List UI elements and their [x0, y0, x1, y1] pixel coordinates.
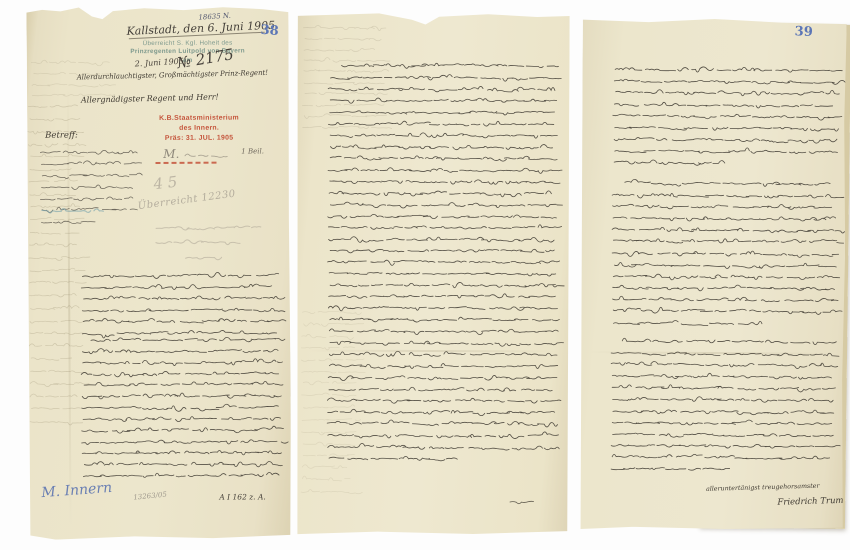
- page-1: 18635 N. Kallstadt, den 6. Juni 1905. 38…: [26, 5, 291, 541]
- red-stamp-underline: [155, 162, 219, 164]
- page-2: [296, 12, 569, 537]
- closing-formula: alleruntertänigst treugehorsamster: [699, 483, 819, 493]
- handwriting-layer-page-1: [26, 5, 291, 541]
- fold-crease: [588, 351, 834, 355]
- signature: Friedrich Trump.: [777, 496, 846, 508]
- page-3: 39 alleruntertänigst treugehorsamster Fr…: [579, 17, 847, 533]
- scanned-letter: 18635 N. Kallstadt, den 6. Juni 1905. 38…: [0, 0, 850, 550]
- margin-label-betreff: Betreff:: [45, 130, 78, 140]
- folio-number-38: 38: [260, 23, 279, 39]
- handwriting-layer-page-2: [296, 12, 569, 537]
- folio-number-39: 39: [794, 24, 813, 40]
- ministry-stamp: K.B.Staatsministerium des Innern. Präs: …: [149, 113, 249, 143]
- stamp-annotation-enclosure: 1 Beil.: [241, 147, 264, 155]
- fold-crease: [307, 350, 557, 353]
- ministry-stamp-line-1: K.B.Staatsministerium: [149, 113, 249, 123]
- salutation-line-2: Allergnädigster Regent und Herr!: [81, 92, 219, 104]
- handwriting-layer-page-3: [579, 17, 847, 533]
- pencil-registry-note: Überreicht 12230: [137, 189, 236, 213]
- pencil-number: 4 5: [153, 173, 179, 194]
- salutation-line-1: Allerdurchlauchtigster, Großmächtigster …: [77, 68, 268, 82]
- fold-crease: [67, 87, 72, 527]
- footer-blue-crayon-note: M. Innern: [41, 480, 113, 501]
- footer-ink-note: A I 162 z. A.: [219, 492, 265, 501]
- stamp-annotation-m: M.: [163, 147, 179, 161]
- ministry-stamp-line-3: Präs: 31. JUL. 1905: [149, 133, 249, 143]
- footer-pencil-note: 13263/05: [133, 491, 167, 502]
- ministry-stamp-line-2: des Innern.: [149, 123, 249, 133]
- dateline: Kallstadt, den 6. Juni 1905.: [126, 19, 279, 38]
